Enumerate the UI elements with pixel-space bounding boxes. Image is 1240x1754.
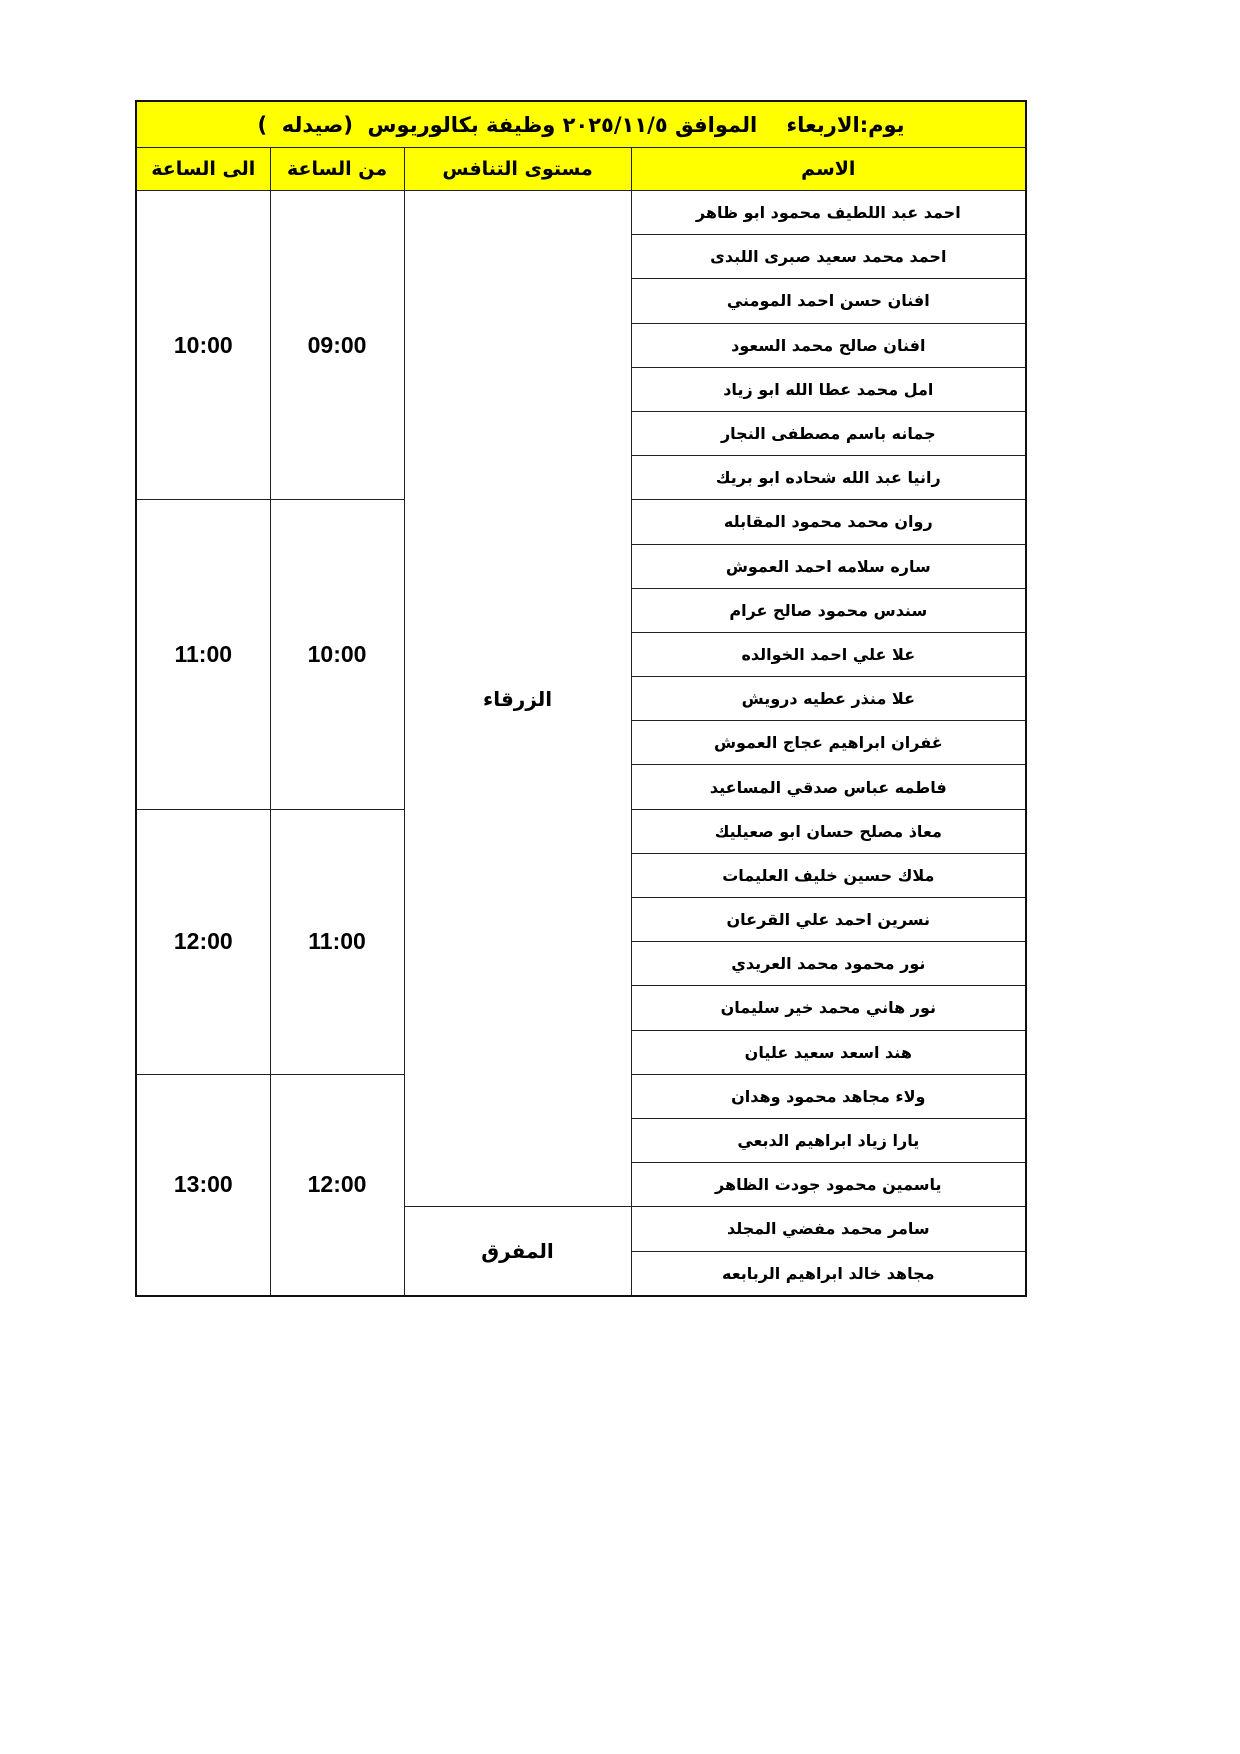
time-to: 12:00: [136, 809, 270, 1074]
candidate-name: سامر محمد مفضي المجلد: [631, 1207, 1026, 1251]
competition-level: المفرق: [404, 1207, 631, 1296]
candidate-name: ياسمين محمود جودت الظاهر: [631, 1163, 1026, 1207]
column-header-level: مستوى التنافس: [404, 148, 631, 191]
candidate-name: علا منذر عطيه درويش: [631, 677, 1026, 721]
candidate-name: نور محمود محمد العريدي: [631, 942, 1026, 986]
column-header-name: الاسم: [631, 148, 1026, 191]
candidate-name: سندس محمود صالح عرام: [631, 588, 1026, 632]
document-page: يوم:الاربعاء الموافق ٢٠٢٥/١١/٥ وظيفة بكا…: [0, 0, 1240, 1754]
candidate-name: احمد محمد سعيد صبرى اللبدى: [631, 235, 1026, 279]
candidate-name: معاذ مصلح حسان ابو صعيليك: [631, 809, 1026, 853]
candidate-name: افنان صالح محمد السعود: [631, 323, 1026, 367]
candidate-name: جمانه باسم مصطفى النجار: [631, 411, 1026, 455]
candidate-name: غفران ابراهيم عجاج العموش: [631, 721, 1026, 765]
candidate-name: علا علي احمد الخوالده: [631, 632, 1026, 676]
header-row: الاسم مستوى التنافس من الساعة الى الساعة: [136, 148, 1026, 191]
candidate-name: نسرين احمد علي القرعان: [631, 898, 1026, 942]
candidate-name: نور هاني محمد خير سليمان: [631, 986, 1026, 1030]
time-to: 13:00: [136, 1074, 270, 1295]
time-from: 11:00: [270, 809, 404, 1074]
time-to: 11:00: [136, 500, 270, 809]
candidate-name: مجاهد خالد ابراهيم الربابعه: [631, 1251, 1026, 1296]
candidate-name: امل محمد عطا الله ابو زياد: [631, 367, 1026, 411]
time-from: 12:00: [270, 1074, 404, 1295]
candidate-name: روان محمد محمود المقابله: [631, 500, 1026, 544]
time-from: 09:00: [270, 191, 404, 500]
candidate-name: ساره سلامه احمد العموش: [631, 544, 1026, 588]
page-title: يوم:الاربعاء الموافق ٢٠٢٥/١١/٥ وظيفة بكا…: [136, 101, 1026, 148]
schedule-table: يوم:الاربعاء الموافق ٢٠٢٥/١١/٥ وظيفة بكا…: [135, 100, 1027, 1297]
competition-level: الزرقاء: [404, 191, 631, 1207]
time-from: 10:00: [270, 500, 404, 809]
candidate-name: رانيا عبد الله شحاده ابو بريك: [631, 456, 1026, 500]
candidate-name: هند اسعد سعيد عليان: [631, 1030, 1026, 1074]
candidate-name: افنان حسن احمد المومني: [631, 279, 1026, 323]
column-header-to: الى الساعة: [136, 148, 270, 191]
candidate-name: ملاك حسين خليف العليمات: [631, 853, 1026, 897]
candidate-name: يارا زياد ابراهيم الدبعي: [631, 1118, 1026, 1162]
candidate-name: فاطمه عباس صدقي المساعيد: [631, 765, 1026, 809]
title-row: يوم:الاربعاء الموافق ٢٠٢٥/١١/٥ وظيفة بكا…: [136, 101, 1026, 148]
table-row: احمد عبد اللطيف محمود ابو ظاهرالزرقاء09:…: [136, 191, 1026, 235]
candidate-name: احمد عبد اللطيف محمود ابو ظاهر: [631, 191, 1026, 235]
time-to: 10:00: [136, 191, 270, 500]
candidate-name: ولاء مجاهد محمود وهدان: [631, 1074, 1026, 1118]
column-header-from: من الساعة: [270, 148, 404, 191]
